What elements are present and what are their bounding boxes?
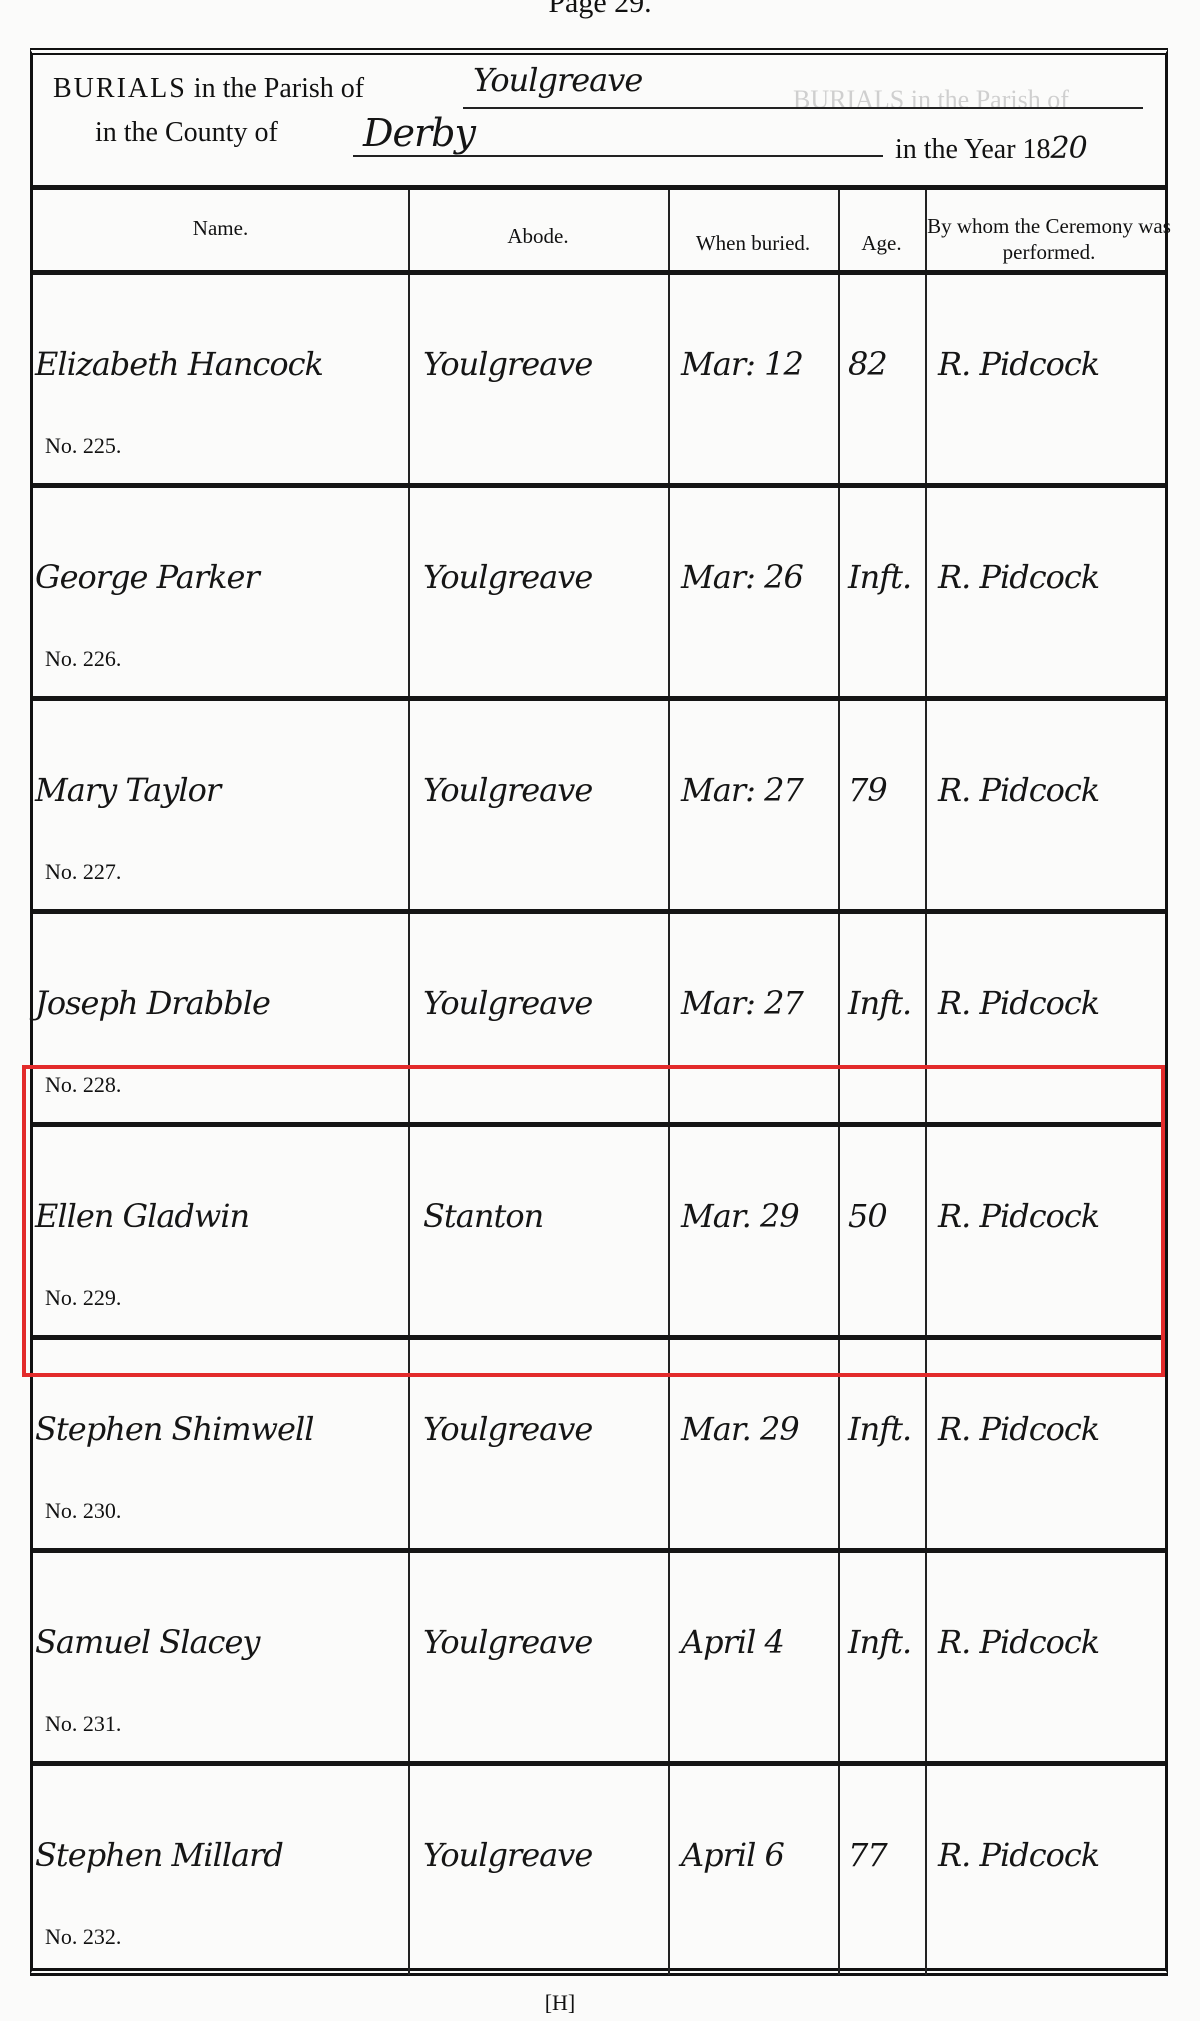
entry-number: No. 232. (45, 1924, 121, 1950)
heading-burials: BURIALS (53, 73, 187, 104)
entry-name: Stephen Shimwell (35, 1410, 313, 1448)
table-row: Samuel SlaceyYoulgreaveApril 4Inft.R. Pi… (33, 1553, 1165, 1766)
signature-mark: [H] (0, 1990, 1120, 2016)
entry-age: 77 (848, 1836, 887, 1874)
entry-age: Inft. (848, 558, 911, 596)
entry-age: Inft. (848, 1623, 911, 1661)
year-printed: 18 (1023, 134, 1051, 165)
register-heading: BURIALS in the Parish of (53, 73, 364, 105)
entry-abode: Youlgreave (423, 1623, 592, 1661)
entry-when-buried: April 4 (681, 1623, 784, 1661)
entry-abode: Youlgreave (423, 558, 592, 596)
entry-number: No. 227. (45, 859, 121, 885)
entry-abode: Youlgreave (423, 345, 592, 383)
entry-age: Inft. (848, 1410, 911, 1448)
parish-line (463, 107, 1143, 109)
entry-name: Mary Taylor (35, 771, 220, 809)
entry-name: George Parker (35, 558, 259, 596)
entry-age: 79 (848, 771, 887, 809)
entry-name: Elizabeth Hancock (35, 345, 323, 383)
column-header-abode: Abode. (408, 223, 668, 249)
page-title: Page 29. (0, 0, 1200, 20)
table-row: Mary TaylorYoulgreaveMar: 2779R. Pidcock… (33, 701, 1165, 914)
column-header-age: Age. (838, 230, 925, 256)
table-row: Elizabeth HancockYoulgreaveMar: 1282R. P… (33, 275, 1165, 488)
county-label: in the County of (95, 117, 278, 149)
highlight-box (22, 1065, 1165, 1377)
entry-age: Inft. (848, 984, 911, 1022)
county-value: Derby (363, 111, 475, 155)
county-line (353, 155, 883, 157)
entry-when-buried: Mar. 29 (681, 1410, 799, 1448)
heading-divider (33, 185, 1165, 190)
entry-when-buried: April 6 (681, 1836, 784, 1874)
heading-parish-label: in the Parish of (194, 73, 364, 104)
entry-officiant: R. Pidcock (938, 1410, 1099, 1448)
year-label-text: in the Year (895, 134, 1016, 165)
year-label: in the Year 1820 (895, 131, 1087, 166)
column-header-when-buried: When buried. (668, 230, 838, 256)
entry-abode: Youlgreave (423, 771, 592, 809)
burial-register: BURIALS in the Parish of BURIALS in the … (30, 48, 1168, 1976)
entry-number: No. 230. (45, 1498, 121, 1524)
entry-number: No. 226. (45, 646, 121, 672)
table-row: George ParkerYoulgreaveMar: 26Inft.R. Pi… (33, 488, 1165, 701)
entry-number: No. 225. (45, 433, 121, 459)
entry-officiant: R. Pidcock (938, 558, 1099, 596)
entry-officiant: R. Pidcock (938, 1836, 1099, 1874)
entry-age: 82 (848, 345, 887, 383)
entry-when-buried: Mar: 27 (681, 771, 803, 809)
entry-number: No. 231. (45, 1711, 121, 1737)
entry-when-buried: Mar: 26 (681, 558, 803, 596)
table-row: Stephen MillardYoulgreaveApril 677R. Pid… (33, 1766, 1165, 1979)
entry-officiant: R. Pidcock (938, 345, 1099, 383)
entry-abode: Youlgreave (423, 1836, 592, 1874)
parish-value: Youlgreave (473, 61, 642, 99)
entry-name: Stephen Millard (35, 1836, 283, 1874)
entry-abode: Youlgreave (423, 984, 592, 1022)
column-header-officiant: By whom the Ceremony was performed. (927, 213, 1171, 265)
entry-officiant: R. Pidcock (938, 1623, 1099, 1661)
entry-officiant: R. Pidcock (938, 984, 1099, 1022)
bleed-through-text: BURIALS in the Parish of (793, 85, 1069, 115)
entry-name: Samuel Slacey (35, 1623, 259, 1661)
entry-when-buried: Mar: 27 (681, 984, 803, 1022)
entry-abode: Youlgreave (423, 1410, 592, 1448)
year-written: 20 (1051, 131, 1087, 166)
entry-officiant: R. Pidcock (938, 771, 1099, 809)
column-header-name: Name. (33, 215, 408, 241)
entry-name: Joseph Drabble (35, 984, 270, 1022)
entry-when-buried: Mar: 12 (681, 345, 803, 383)
